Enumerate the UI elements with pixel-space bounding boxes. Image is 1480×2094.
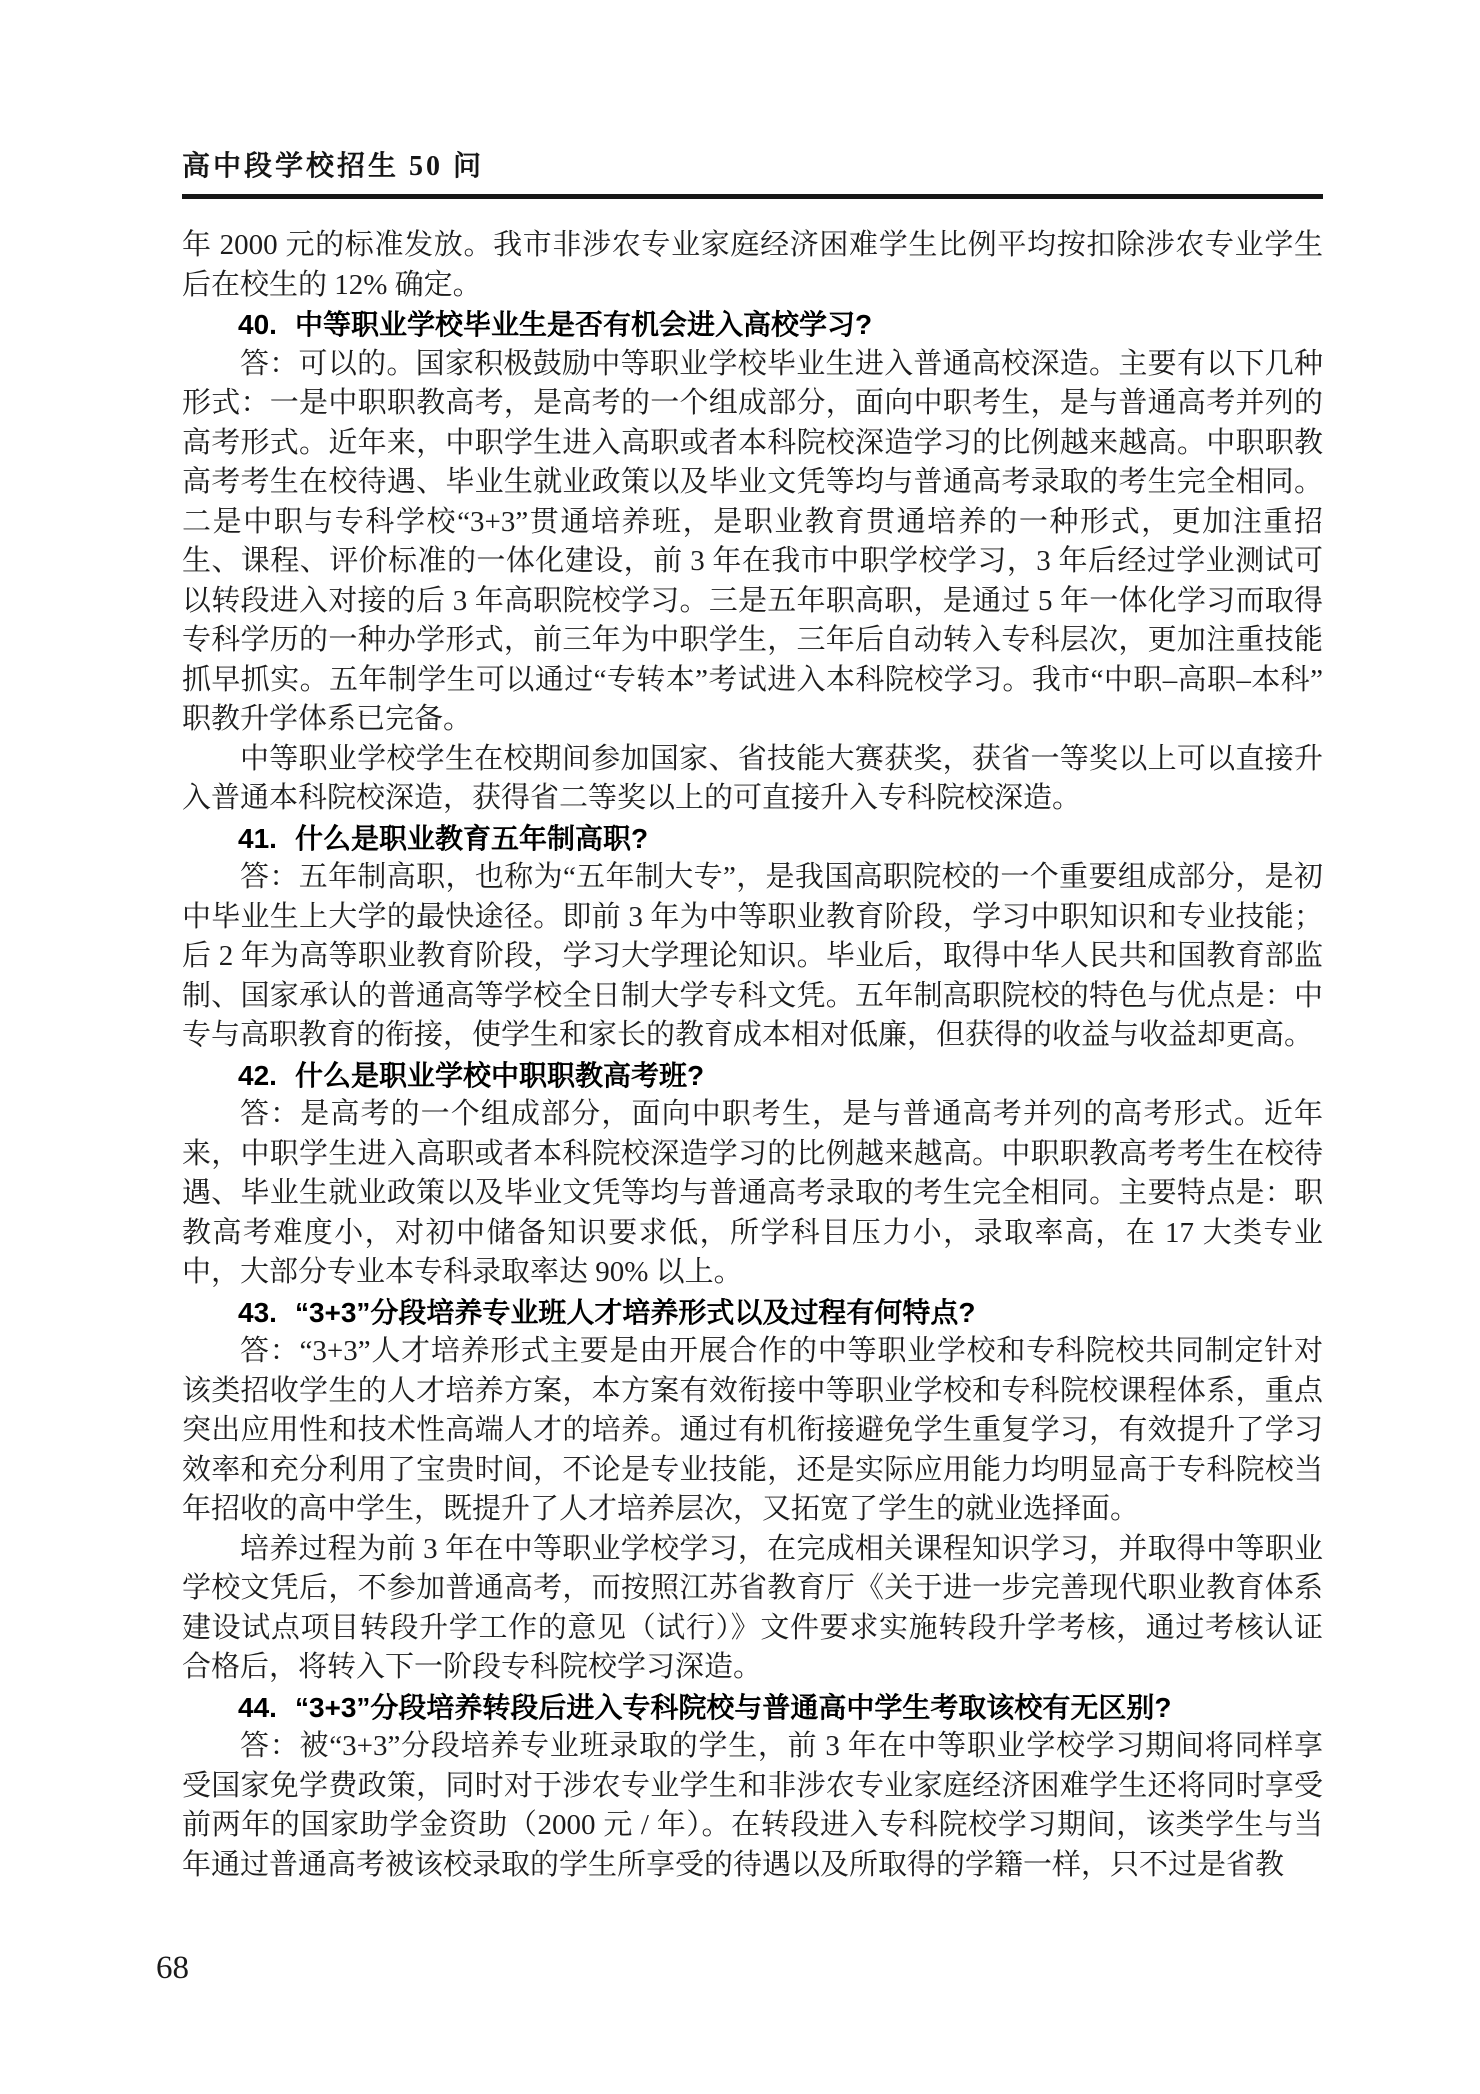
answer-paragraph-44: 答：被“3+3”分段培养专业班录取的学生，前 3 年在中等职业学校学习期间将同样… [182,1727,1323,1885]
question-text: 中等职业学校毕业生是否有机会进入高校学习? [295,309,872,340]
page-content: 年 2000 元的标准发放。我市非涉农专业家庭经济困难学生比例平均按扣除涉农专业… [182,226,1323,1885]
question-number: 43. [238,1297,277,1328]
question-heading-42: 42.什么是职业学校中职职教高考班? [182,1056,1323,1096]
answer-paragraph-40: 答：可以的。国家积极鼓励中等职业学校毕业生进入普通高校深造。主要有以下几种形式：… [182,345,1323,740]
book-page: 高中段学校招生 50 问 年 2000 元的标准发放。我市非涉农专业家庭经济困难… [0,0,1480,2094]
question-heading-41: 41.什么是职业教育五年制高职? [182,819,1323,859]
running-header-title: 高中段学校招生 50 问 [182,144,1323,184]
running-header: 高中段学校招生 50 问 [182,144,1323,199]
question-text: 什么是职业学校中职职教高考班? [295,1060,704,1091]
question-heading-43: 43.“3+3”分段培养专业班人才培养形式以及过程有何特点? [182,1293,1323,1333]
question-number: 44. [238,1692,277,1723]
page-number: 68 [156,1950,189,1987]
header-rule [182,194,1323,199]
answer-paragraph-43-process: 培养过程为前 3 年在中等职业学校学习，在完成相关课程知识学习，并取得中等职业学… [182,1530,1323,1688]
question-heading-40: 40.中等职业学校毕业生是否有机会进入高校学习? [182,305,1323,345]
answer-paragraph-43: 答：“3+3”人才培养形式主要是由开展合作的中等职业学校和专科院校共同制定针对该… [182,1332,1323,1530]
question-number: 40. [238,309,277,340]
answer-paragraph-40-extra: 中等职业学校学生在校期间参加国家、省技能大赛获奖，获省一等奖以上可以直接升入普通… [182,740,1323,819]
question-text: “3+3”分段培养转段后进入专科院校与普通高中学生考取该校有无区别? [295,1692,1172,1723]
paragraph-continuation: 年 2000 元的标准发放。我市非涉农专业家庭经济困难学生比例平均按扣除涉农专业… [182,226,1323,305]
answer-paragraph-41: 答：五年制高职，也称为“五年制大专”，是我国高职院校的一个重要组成部分，是初中毕… [182,858,1323,1056]
question-text: “3+3”分段培养专业班人才培养形式以及过程有何特点? [295,1297,976,1328]
question-number: 42. [238,1060,277,1091]
question-number: 41. [238,823,277,854]
answer-paragraph-42: 答：是高考的一个组成部分，面向中职考生，是与普通高考并列的高考形式。近年来，中职… [182,1095,1323,1293]
question-text: 什么是职业教育五年制高职? [295,823,648,854]
question-heading-44: 44.“3+3”分段培养转段后进入专科院校与普通高中学生考取该校有无区别? [182,1688,1323,1728]
